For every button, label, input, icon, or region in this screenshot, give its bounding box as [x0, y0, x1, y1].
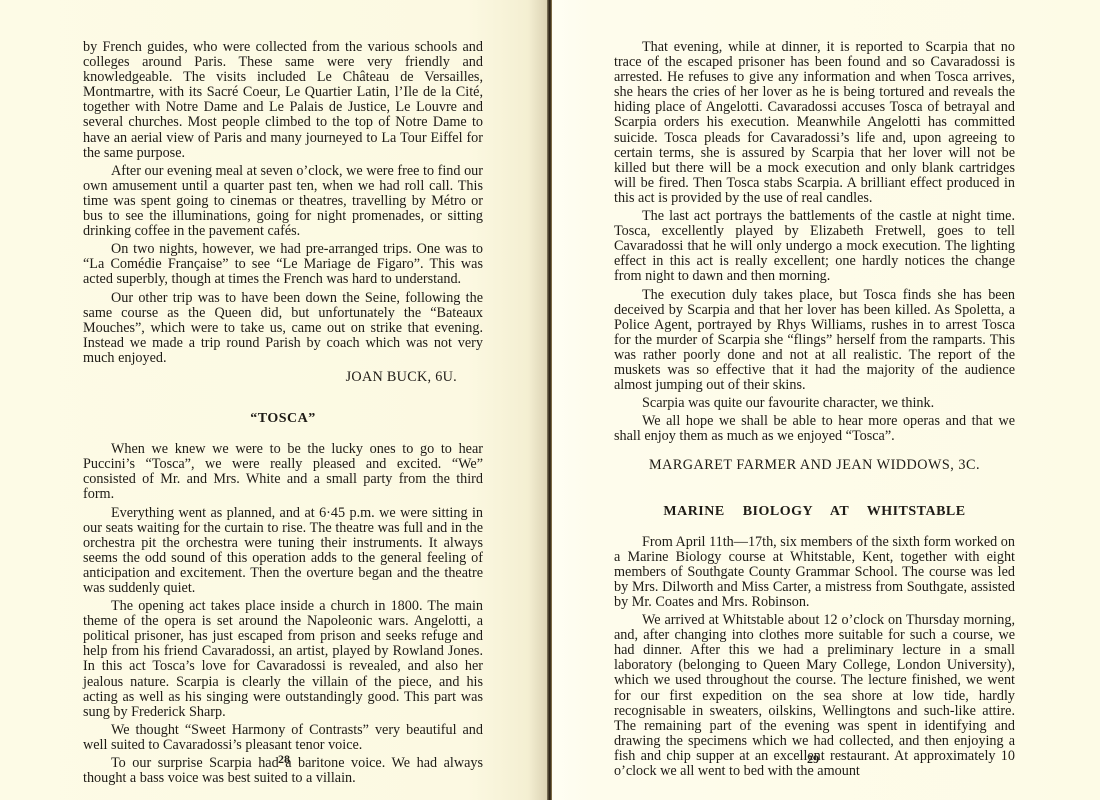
paragraph: Our other trip was to have been down the…: [83, 291, 483, 366]
left-page-content: by French guides, who were collected fro…: [83, 40, 483, 786]
paragraph: We thought “Sweet Harmony of Contrasts” …: [83, 723, 483, 753]
paragraph: Scarpia was quite our favourite characte…: [614, 396, 1015, 411]
paragraph: On two nights, however, we had pre-arran…: [83, 242, 483, 287]
right-page-content: That evening, while at dinner, it is rep…: [614, 40, 1015, 779]
article-heading-tosca: “TOSCA”: [83, 411, 483, 426]
page-number: 29: [793, 752, 833, 767]
author-signature: JOAN BUCK, 6U.: [83, 370, 483, 385]
paragraph: Everything went as planned, and at 6·45 …: [83, 506, 483, 597]
book-spread: by French guides, who were collected fro…: [0, 0, 1100, 800]
paragraph: We all hope we shall be able to hear mor…: [614, 414, 1015, 444]
book-spine: [547, 0, 552, 800]
paragraph: The execution duly takes place, but Tosc…: [614, 288, 1015, 394]
paragraph: The last act portrays the battlements of…: [614, 209, 1015, 284]
article-heading-marine-biology: MARINE BIOLOGY AT WHITSTABLE: [614, 504, 1015, 519]
paragraph: After our evening meal at seven o’clock,…: [83, 164, 483, 239]
paragraph: That evening, while at dinner, it is rep…: [614, 40, 1015, 206]
paragraph: When we knew we were to be the lucky one…: [83, 442, 483, 502]
page-number: 28: [264, 752, 304, 767]
paragraph: by French guides, who were collected fro…: [83, 40, 483, 161]
paragraph: From April 11th—17th, six members of the…: [614, 535, 1015, 610]
author-signature: MARGARET FARMER AND JEAN WIDDOWS, 3C.: [614, 458, 1015, 473]
left-page: by French guides, who were collected fro…: [0, 0, 550, 800]
right-page: That evening, while at dinner, it is rep…: [550, 0, 1100, 800]
paragraph: The opening act takes place inside a chu…: [83, 599, 483, 720]
